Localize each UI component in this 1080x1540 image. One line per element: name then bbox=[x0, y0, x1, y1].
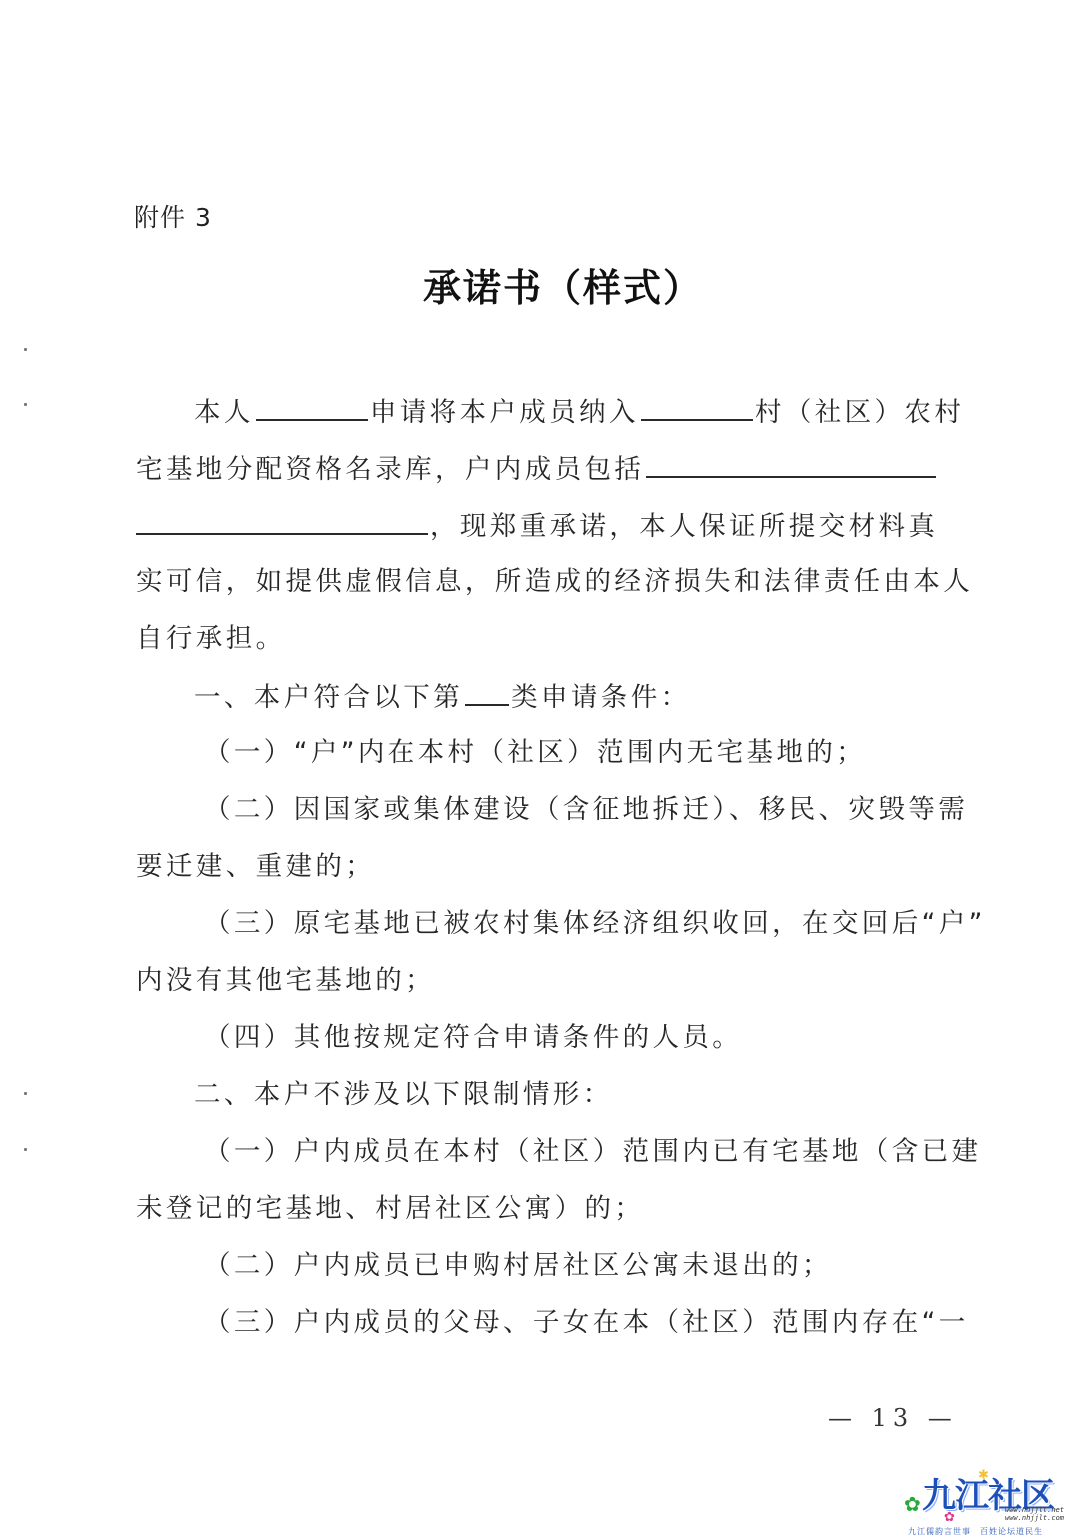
section-1-item-3-cont: 内没有其他宅基地的； bbox=[136, 961, 946, 1001]
logo-url-net: www.nhjjlt.net bbox=[1005, 1506, 1064, 1514]
intro-line-1: 本人申请将本户成员纳入村（社区）农村 bbox=[194, 391, 1004, 431]
section-2-item-2: （二）户内成员已申购村居社区公寓未退出的； bbox=[204, 1246, 1014, 1286]
section-1-item-3: （三）原宅基地已被农村集体经济组织收回，在交回后“户” bbox=[204, 904, 1014, 944]
document-title: 承诺书（样式） bbox=[0, 257, 1080, 312]
attachment-label: 附件 3 bbox=[134, 198, 212, 234]
logo-slogan: 九江儒韵言世事 百姓论坛道民生 bbox=[908, 1526, 1043, 1537]
section-1-heading: 一、本户符合以下第类申请条件： bbox=[194, 676, 1004, 716]
intro-text: 本人 bbox=[194, 397, 254, 428]
household-members-blank-cont[interactable] bbox=[136, 505, 428, 535]
village-name-blank[interactable] bbox=[641, 391, 753, 421]
section-1-item-2-cont: 要迁建、重建的； bbox=[136, 847, 946, 887]
intro-text: 村（社区）农村 bbox=[755, 397, 964, 428]
section-1-item-1: （一）“户”内在本村（社区）范围内无宅基地的； bbox=[204, 733, 1014, 773]
section-2-item-1-cont: 未登记的宅基地、村居社区公寓）的； bbox=[136, 1189, 946, 1229]
section-2-item-1: （一）户内成员在本村（社区）范围内已有宅基地（含已建 bbox=[204, 1132, 1014, 1172]
green-flower-icon: ✿ bbox=[904, 1496, 921, 1512]
household-members-blank[interactable] bbox=[646, 448, 936, 478]
intro-line-2: 宅基地分配资格名录库，户内成员包括 bbox=[136, 448, 946, 488]
category-number-blank[interactable] bbox=[465, 676, 509, 706]
scan-margin-mark bbox=[24, 1092, 27, 1095]
logo-urls: www.nhjjlt.net www.nhjjlt.com bbox=[1005, 1506, 1064, 1522]
scan-margin-mark bbox=[24, 348, 27, 351]
intro-text: 宅基地分配资格名录库，户内成员包括 bbox=[136, 454, 644, 485]
section-2-heading: 二、本户不涉及以下限制情形： bbox=[194, 1075, 1004, 1115]
watermark-logo: ✿ ✿ ✱ 九江社区 www.nhjjlt.net www.nhjjlt.com… bbox=[900, 1468, 1080, 1540]
section-1-item-2: （二）因国家或集体建设（含征地拆迁）、移民、灾毁等需 bbox=[204, 790, 1014, 830]
scan-margin-mark bbox=[24, 403, 27, 406]
intro-line-4: 实可信，如提供虚假信息，所造成的经济损失和法律责任由本人 bbox=[136, 562, 946, 602]
page-number: — 13 — bbox=[828, 1404, 958, 1432]
heading-text: 一、本户符合以下第 bbox=[194, 682, 463, 713]
scan-margin-mark bbox=[24, 1148, 27, 1151]
section-1-item-4: （四）其他按规定符合申请条件的人员。 bbox=[204, 1018, 1014, 1058]
logo-url-com: www.nhjjlt.com bbox=[1005, 1514, 1064, 1522]
intro-text: 申请将本户成员纳入 bbox=[370, 397, 639, 428]
applicant-name-blank[interactable] bbox=[256, 391, 368, 421]
intro-text: ，现郑重承诺，本人保证所提交材料真 bbox=[430, 511, 938, 542]
intro-line-3: ，现郑重承诺，本人保证所提交材料真 bbox=[136, 505, 946, 545]
heading-text: 类申请条件： bbox=[511, 682, 690, 713]
document-page: 附件 3 承诺书（样式） 本人申请将本户成员纳入村（社区）农村 宅基地分配资格名… bbox=[0, 0, 1080, 1540]
section-2-item-3: （三）户内成员的父母、子女在本（社区）范围内存在“一 bbox=[204, 1303, 1014, 1343]
intro-line-5: 自行承担。 bbox=[136, 619, 946, 659]
